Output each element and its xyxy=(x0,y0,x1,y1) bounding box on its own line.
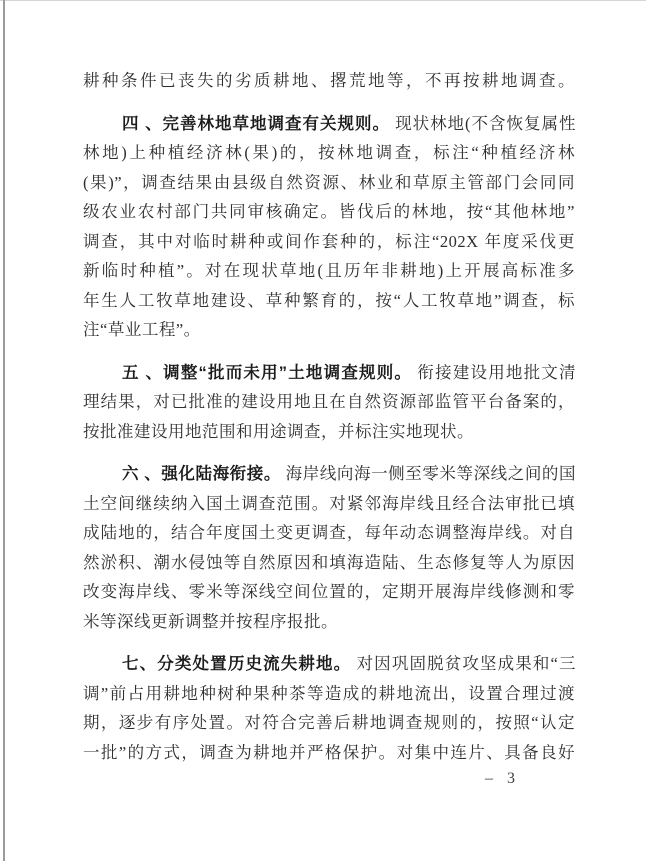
text-line: 调”前占用耕地种树种果种茶等造成的耕地流出，设置合理过渡 xyxy=(83,679,575,709)
text-line: 林地)上种植经济林(果)的，按林地调查，标注“种植经济林 xyxy=(83,138,575,168)
text-line: 米等深线更新调整并按程序报批。 xyxy=(83,607,575,637)
body-text: 米等深线更新调整并按程序报批。 xyxy=(83,612,338,631)
para-section-7-historical-lost-cropland: 七、分类处置历史流失耕地。 对因巩固脱贫攻坚成果和“三调”前占用耕地种树种果种茶… xyxy=(83,649,575,767)
para-continuation: 耕种条件已丧失的劣质耕地、撂荒地等，不再按耕地调查。 xyxy=(83,66,575,96)
text-line: 一批”的方式，调查为耕地并严格保护。对集中连片、具备良好 xyxy=(83,738,575,768)
section-heading-line: 四 、完善林地草地调查有关规则。 现状林地(不含恢复属性 xyxy=(83,109,575,139)
body-text: 然淤积、潮水侵蚀等自然原因和填海造陆、生态修复等人为原因 xyxy=(83,553,575,572)
text-line: 按批准建设用地范围和用途调查，并标注实地现状。 xyxy=(83,417,575,447)
body-text: 林地)上种植经济林(果)的，按林地调查，标注“种植经济林 xyxy=(83,143,575,162)
page-footer: – 3 xyxy=(485,770,515,788)
body-text: 成陆地的，结合年度国土变更调查，每年动态调整海岸线。对自 xyxy=(83,523,575,542)
page-number-dash: – xyxy=(485,770,493,788)
body-text: 土空间继续纳入国土调查范围。对紧邻海岸线且经合法审批已填 xyxy=(83,494,575,513)
body-text: 衔接建设用地批文清 xyxy=(412,363,575,382)
section-heading-text: 五 、调整“批而未用”土地调查规则。 xyxy=(122,364,412,382)
scan-top-edge-line xyxy=(0,0,646,1)
body-text: 一批”的方式，调查为耕地并严格保护。对集中连片、具备良好 xyxy=(83,743,575,762)
text-line: 然淤积、潮水侵蚀等自然原因和填海造陆、生态修复等人为原因 xyxy=(83,548,575,578)
body-text: 耕种条件已丧失的劣质耕地、撂荒地等，不再按耕地调查。 xyxy=(83,71,575,90)
text-line: 理结果，对已批准的建设用地且在自然资源部监管平台备案的， xyxy=(83,387,575,417)
body-text: 年生人工牧草地建设、草种繁育的，按“人工牧草地”调查，标 xyxy=(83,291,575,310)
para-section-6-land-sea-linkage: 六 、强化陆海衔接。 海岸线向海一侧至零米等深线之间的国土空间继续纳入国土调查范… xyxy=(83,459,575,636)
scan-left-edge-line xyxy=(3,0,5,861)
body-text: 按批准建设用地范围和用途调查，并标注实地现状。 xyxy=(83,422,474,441)
section-heading-line: 七、分类处置历史流失耕地。 对因巩固脱贫攻坚成果和“三 xyxy=(83,649,575,679)
section-heading-text: 六 、强化陆海衔接。 xyxy=(122,465,281,483)
body-text: 新临时种植”。对在现状草地(且历年非耕地)上开展高标准多 xyxy=(83,261,575,280)
text-line: 成陆地的，结合年度国土变更调查，每年动态调整海岸线。对自 xyxy=(83,518,575,548)
body-text: 期，逐步有序处置。对符合完善后耕地调查规则的，按照“认定 xyxy=(83,713,575,732)
section-heading-line: 五 、调整“批而未用”土地调查规则。 衔接建设用地批文清 xyxy=(83,358,575,388)
text-line: 调查，其中对临时耕种或间作套种的，标注“202X 年度采伐更 xyxy=(83,227,575,257)
body-text: 对因巩固脱贫攻坚成果和“三 xyxy=(351,654,575,673)
body-text: 改变海岸线、零米等深线空间位置的，定期开展海岸线修测和零 xyxy=(83,582,575,601)
text-line: 新临时种植”。对在现状草地(且历年非耕地)上开展高标准多 xyxy=(83,256,575,286)
para-section-5-approved-unused-land-rules: 五 、调整“批而未用”土地调查规则。 衔接建设用地批文清理结果，对已批准的建设用… xyxy=(83,358,575,447)
text-line: 期，逐步有序处置。对符合完善后耕地调查规则的，按照“认定 xyxy=(83,708,575,738)
text-line: 耕种条件已丧失的劣质耕地、撂荒地等，不再按耕地调查。 xyxy=(83,66,575,96)
body-text: (果)”，调查结果由县级自然资源、林业和草原主管部门会同同 xyxy=(83,173,575,192)
body-text: 注“草业工程”。 xyxy=(83,320,201,339)
section-heading-line: 六 、强化陆海衔接。 海岸线向海一侧至零米等深线之间的国 xyxy=(83,459,575,489)
body-text: 海岸线向海一侧至零米等深线之间的国 xyxy=(281,464,575,483)
section-heading-text: 四 、完善林地草地调查有关规则。 xyxy=(122,115,390,133)
body-text: 调查，其中对临时耕种或间作套种的，标注“202X 年度采伐更 xyxy=(83,232,575,251)
text-line: 年生人工牧草地建设、草种繁育的，按“人工牧草地”调查，标 xyxy=(83,286,575,316)
section-heading-text: 七、分类处置历史流失耕地。 xyxy=(122,655,351,673)
body-text: 级农业农村部门共同审核确定。皆伐后的林地，按“其他林地” xyxy=(83,202,575,221)
para-section-4-forest-grassland-rules: 四 、完善林地草地调查有关规则。 现状林地(不含恢复属性林地)上种植经济林(果)… xyxy=(83,109,575,345)
text-line: (果)”，调查结果由县级自然资源、林业和草原主管部门会同同 xyxy=(83,168,575,198)
document-page: { "page": { "footer": { "page_marker": "… xyxy=(0,0,646,861)
text-line: 改变海岸线、零米等深线空间位置的，定期开展海岸线修测和零 xyxy=(83,577,575,607)
text-line: 土空间继续纳入国土调查范围。对紧邻海岸线且经合法审批已填 xyxy=(83,489,575,519)
body-text: 调”前占用耕地种树种果种茶等造成的耕地流出，设置合理过渡 xyxy=(83,684,575,703)
page-number: 3 xyxy=(507,770,515,788)
text-line: 注“草业工程”。 xyxy=(83,315,575,345)
body-text: 理结果，对已批准的建设用地且在自然资源部监管平台备案的， xyxy=(83,392,575,411)
body-text: 现状林地(不含恢复属性 xyxy=(390,114,575,133)
document-body: 耕种条件已丧失的劣质耕地、撂荒地等，不再按耕地调查。四 、完善林地草地调查有关规… xyxy=(83,66,575,767)
text-line: 级农业农村部门共同审核确定。皆伐后的林地，按“其他林地” xyxy=(83,197,575,227)
